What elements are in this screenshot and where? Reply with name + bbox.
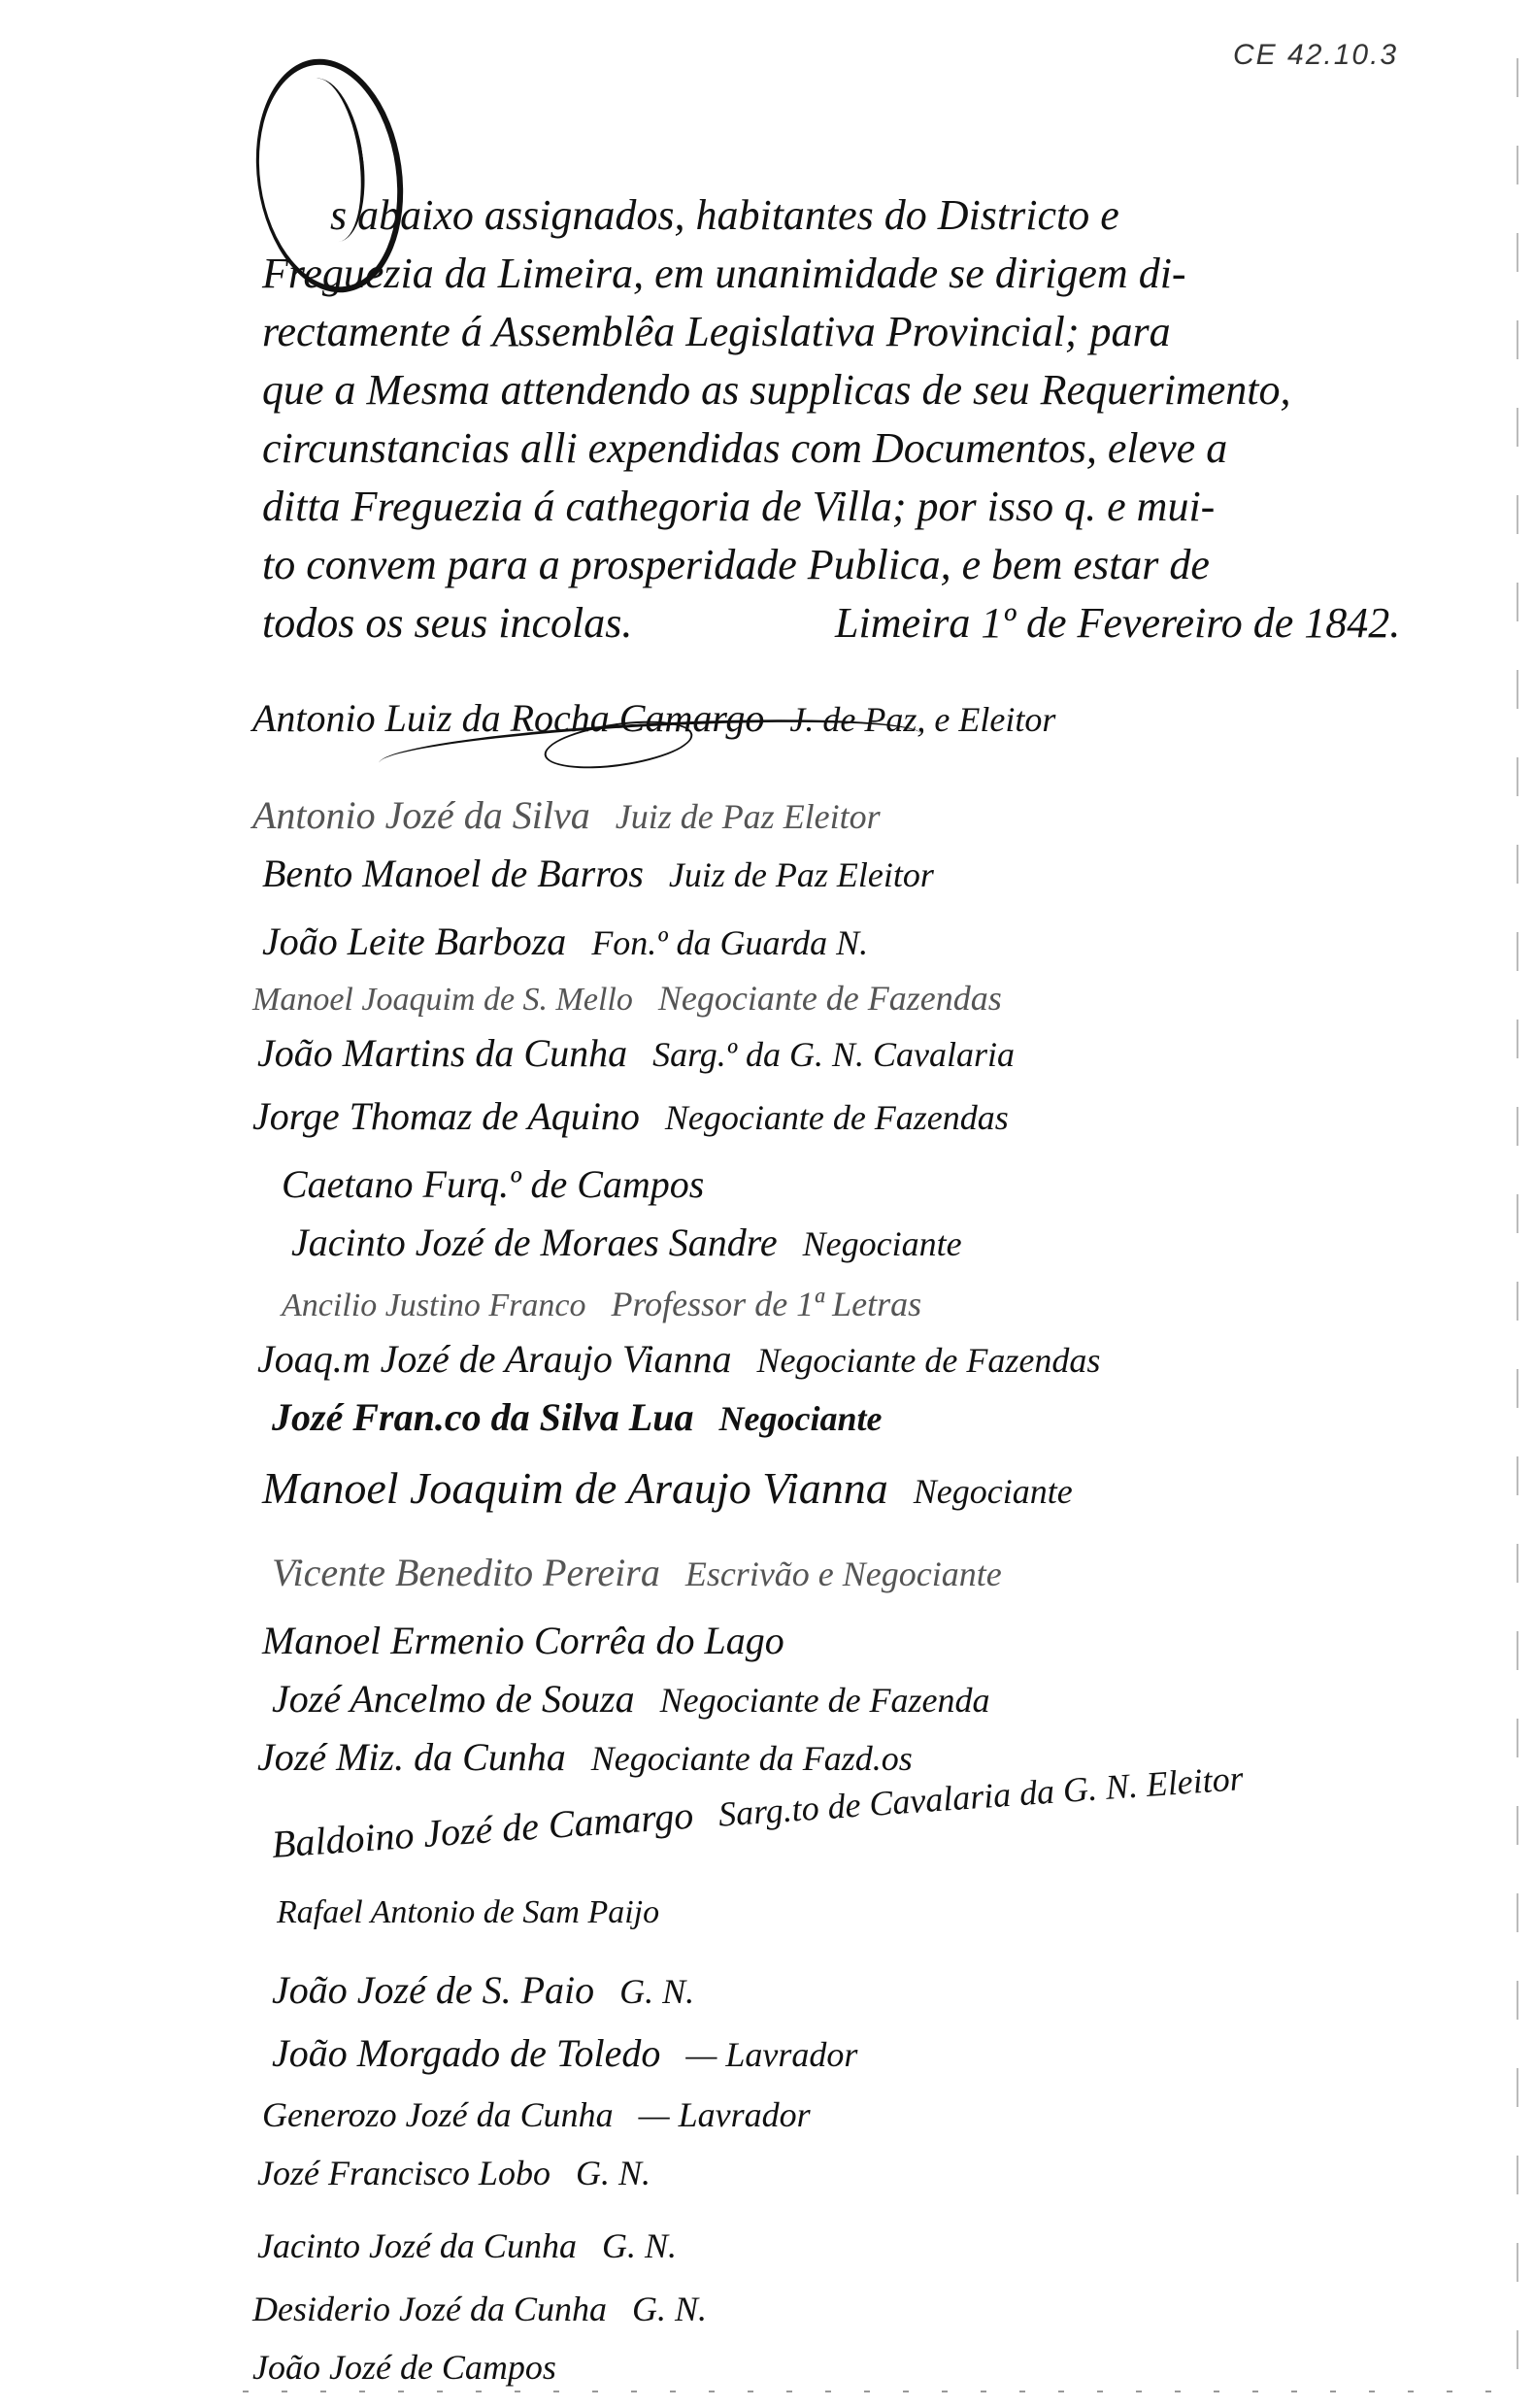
signature-row: Manoel Joaquim de Araujo ViannaNegociant… xyxy=(262,1466,1073,1511)
archive-reference: CE 42.10.3 xyxy=(1233,39,1398,72)
signature-row: Joaq.m Jozé de Araujo ViannaNegociante d… xyxy=(257,1340,1100,1379)
signatory-name: Jorge Thomaz de Aquino xyxy=(252,1094,640,1138)
signatory-name: João Jozé de S. Paio xyxy=(272,1968,594,2012)
signature-row: João Leite BarbozaFon.º da Guarda N. xyxy=(262,922,868,961)
signature-row: Antonio Luiz da Rocha CamargoJ. de Paz, … xyxy=(252,699,1055,738)
signature-row: Generozo Jozé da Cunha— Lavrador xyxy=(262,2097,811,2132)
signature-row: Ancilio Justino FrancoProfessor de 1ª Le… xyxy=(282,1287,921,1322)
signatory-role: G. N. xyxy=(619,1972,694,2011)
signatory-role: G. N. xyxy=(602,2226,677,2265)
signatory-name: Vicente Benedito Pereira xyxy=(272,1551,660,1594)
signature-row: Jozé Ancelmo de SouzaNegociante de Fazen… xyxy=(272,1680,990,1719)
page-edge-line xyxy=(1517,58,1518,2369)
signatory-name: João Leite Barboza xyxy=(262,920,566,963)
petition-line: todos os seus incolas. xyxy=(262,602,632,645)
signatory-name: Jozé Fran.co da Silva Lua xyxy=(272,1395,693,1439)
signatory-role: Juiz de Paz Eleitor xyxy=(669,855,934,894)
signatory-name: Jozé Miz. da Cunha xyxy=(257,1735,566,1779)
signature-row: Rafael Antonio de Sam Paijo xyxy=(277,1893,684,1929)
signature-row: Jozé Miz. da CunhaNegociante da Fazd.os xyxy=(257,1738,913,1777)
signature-row: Bento Manoel de BarrosJuiz de Paz Eleito… xyxy=(262,854,934,893)
signatory-name: Baldoino Jozé de Camargo xyxy=(270,1793,694,1866)
signatory-name: Jozé Francisco Lobo xyxy=(257,2154,550,2192)
signatory-name: João Jozé de Campos xyxy=(252,2348,556,2387)
signatory-role: Professor de 1ª Letras xyxy=(612,1285,922,1323)
signature-row: Manoel Ermenio Corrêa do Lago xyxy=(262,1622,810,1660)
signatory-role: G. N. xyxy=(576,2154,650,2192)
signatory-role: Negociante de Fazendas xyxy=(756,1341,1100,1380)
signature-row: João Morgado de Toledo— Lavrador xyxy=(272,2034,857,2073)
petition-line: s abaixo assignados, habitantes do Distr… xyxy=(330,194,1119,237)
petition-line: to convem para a prosperidade Publica, e… xyxy=(262,544,1210,586)
signatory-role: — Lavrador xyxy=(639,2095,811,2134)
signatory-role: G. N. xyxy=(632,2290,707,2328)
signatory-role: Negociante xyxy=(803,1224,962,1263)
petition-line: rectamente á Assemblêa Legislativa Provi… xyxy=(262,311,1171,353)
signatory-role: Negociante de Fazendas xyxy=(658,979,1002,1018)
petition-line: que a Mesma attendendo as supplicas de s… xyxy=(262,369,1290,412)
signatory-name: Joaq.m Jozé de Araujo Vianna xyxy=(257,1337,731,1381)
signature-row: Manoel Joaquim de S. MelloNegociante de … xyxy=(252,981,1002,1017)
signature-row: João Martins da CunhaSarg.º da G. N. Cav… xyxy=(257,1034,1015,1073)
signatory-name: Manoel Joaquim de Araujo Vianna xyxy=(262,1463,888,1513)
signatory-name: Jozé Ancelmo de Souza xyxy=(272,1677,635,1721)
signatory-role: Negociante de Fazenda xyxy=(660,1681,990,1720)
signature-row: João Jozé de Campos xyxy=(252,2350,582,2385)
signatory-role: Sarg.º da G. N. Cavalaria xyxy=(652,1035,1015,1074)
signatory-role: Negociante da Fazd.os xyxy=(591,1739,913,1778)
signatory-name: Manoel Ermenio Corrêa do Lago xyxy=(262,1619,784,1662)
signature-row: Antonio Jozé da SilvaJuiz de Paz Eleitor xyxy=(252,796,881,835)
petition-line: ditta Freguezia á cathegoria de Villa; p… xyxy=(262,485,1215,528)
signatory-role: Juiz de Paz Eleitor xyxy=(616,797,881,836)
signatory-role: Escrivão e Negociante xyxy=(685,1555,1002,1593)
signature-row: Jacinto Jozé de Moraes SandreNegociante xyxy=(291,1223,962,1262)
signatory-name: Antonio Luiz da Rocha Camargo xyxy=(252,696,764,740)
signatory-role: Fon.º da Guarda N. xyxy=(591,923,868,962)
signature-row: João Jozé de S. PaioG. N. xyxy=(272,1971,694,2010)
petition-line: circunstancias alli expendidas com Docum… xyxy=(262,427,1227,470)
signatory-role: — Lavrador xyxy=(685,2035,857,2074)
signatory-name: Manoel Joaquim de S. Mello xyxy=(252,982,633,1018)
signatory-name: Desiderio Jozé da Cunha xyxy=(252,2290,607,2328)
signature-row: Jacinto Jozé da CunhaG. N. xyxy=(257,2228,677,2263)
signatory-role: Negociante de Fazendas xyxy=(665,1098,1009,1137)
signatory-name: João Martins da Cunha xyxy=(257,1031,627,1075)
signatory-name: João Morgado de Toledo xyxy=(272,2031,660,2075)
place-date: Limeira 1º de Fevereiro de 1842. xyxy=(835,602,1400,645)
page-bottom-edge xyxy=(243,2391,1515,2392)
signatory-role: Negociante xyxy=(718,1399,882,1438)
signatory-name: Antonio Jozé da Silva xyxy=(252,793,590,837)
signature-row: Vicente Benedito PereiraEscrivão e Negoc… xyxy=(272,1554,1002,1592)
petition-line: Freguezia da Limeira, em unanimidade se … xyxy=(262,252,1186,295)
signature-row: Desiderio Jozé da CunhaG. N. xyxy=(252,2291,707,2326)
signatory-role: J. de Paz, e Eleitor xyxy=(789,700,1055,739)
manuscript-page: CE 42.10.3 s abaixo assignados, habitant… xyxy=(0,0,1534,2408)
signatory-role: Negociante xyxy=(914,1472,1073,1511)
signatory-name: Jacinto Jozé de Moraes Sandre xyxy=(291,1221,778,1264)
signatory-name: Bento Manoel de Barros xyxy=(262,852,644,895)
signature-row: Jorge Thomaz de AquinoNegociante de Faze… xyxy=(252,1097,1009,1136)
signatory-name: Caetano Furq.º de Campos xyxy=(282,1162,704,1206)
signatory-name: Jacinto Jozé da Cunha xyxy=(257,2226,577,2265)
signatory-name: Rafael Antonio de Sam Paijo xyxy=(277,1894,659,1930)
signature-row: Jozé Fran.co da Silva LuaNegociante xyxy=(272,1398,882,1437)
signatory-name: Ancilio Justino Franco xyxy=(282,1288,586,1323)
signature-row: Caetano Furq.º de Campos xyxy=(282,1165,729,1204)
signatory-name: Generozo Jozé da Cunha xyxy=(262,2095,614,2134)
signature-row: Jozé Francisco LoboG. N. xyxy=(257,2156,650,2191)
